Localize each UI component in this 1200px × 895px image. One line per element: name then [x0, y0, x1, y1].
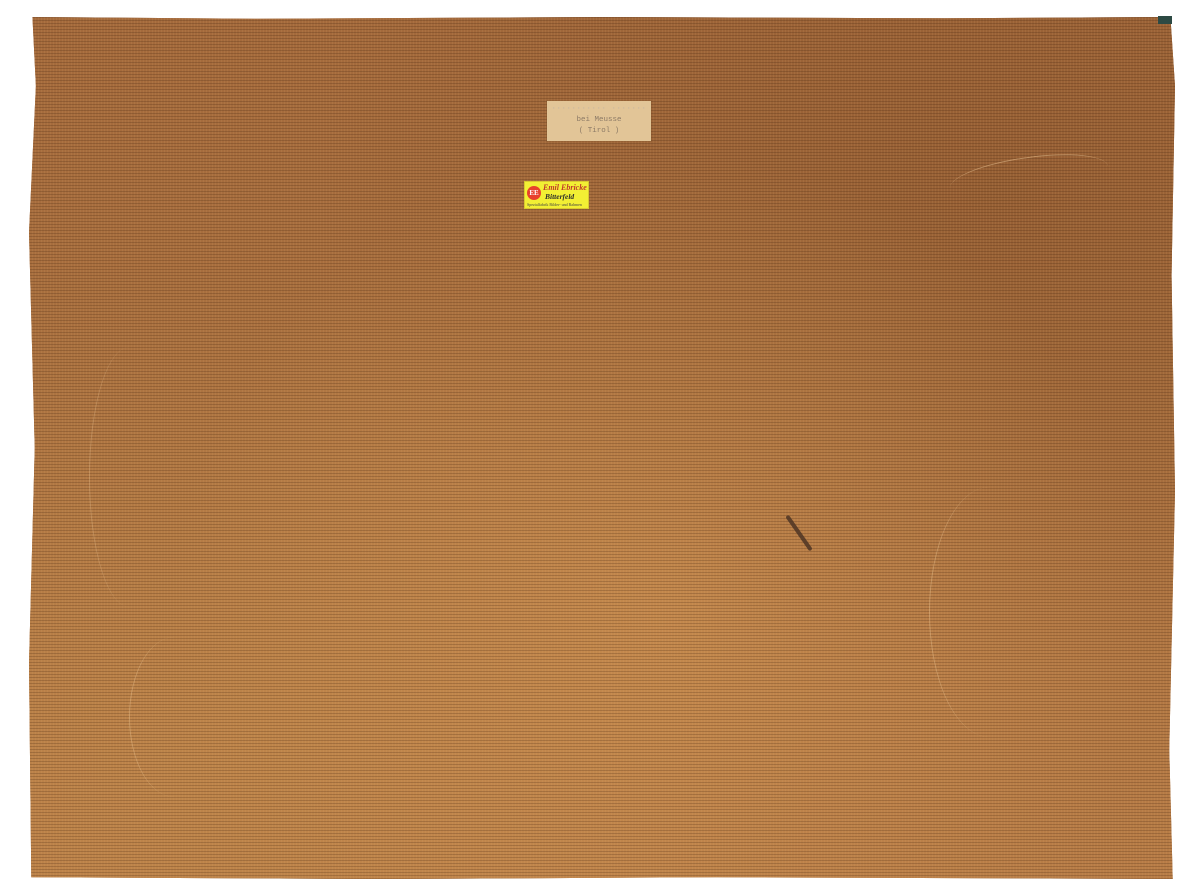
maker-city: Bitterfeld	[545, 192, 574, 201]
label-line-3: ( Tirol )	[547, 126, 651, 137]
scratch-mark	[89, 347, 170, 607]
maker-sticker: EE Emil Ebricke Bitterfeld Spezialfabrik…	[524, 181, 589, 209]
scratch-mark	[947, 146, 1111, 209]
maker-subline: Spezialfabrik Bilder- und Rahmen	[527, 202, 582, 207]
label-line-2: bei Meusse	[547, 115, 651, 126]
label-line-1: ··········· ·······	[547, 104, 651, 115]
corner-tape	[1158, 16, 1172, 24]
scratch-mark	[129, 637, 220, 797]
maker-name: Emil Ebricke	[543, 183, 587, 192]
maker-logo-icon: EE	[527, 186, 541, 200]
typed-paper-label: ··········· ······· bei Meusse ( Tirol )	[547, 101, 651, 141]
hardboard-panel-back	[29, 17, 1175, 879]
scratch-mark	[929, 487, 1050, 737]
